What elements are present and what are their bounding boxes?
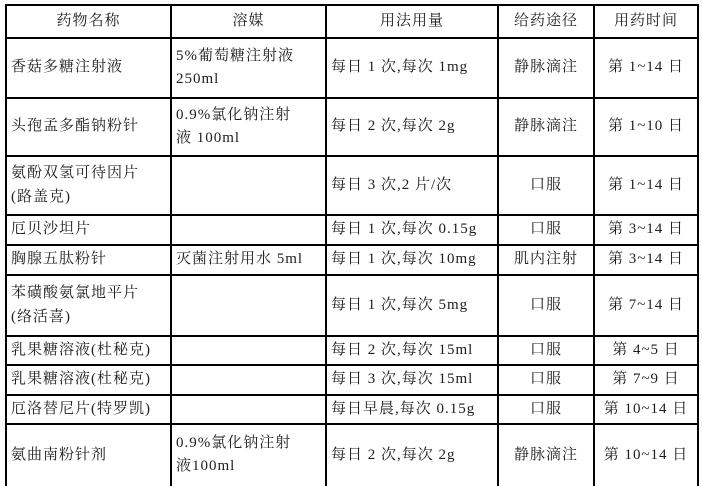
drug-name-cell: 苯磺酸氨氯地平片 (络活喜): [6, 275, 171, 336]
drug-name-cell: 胸腺五肽粉针: [6, 245, 171, 275]
column-header-route: 给药途径: [498, 5, 594, 38]
dosage-cell: 每日 1 次,每次 10mg: [326, 245, 498, 275]
route-cell: 肌内注射: [498, 245, 594, 275]
time-cell: 第 7~14 日: [594, 275, 698, 336]
column-header-dosage: 用法用量: [326, 5, 498, 38]
route-cell: 口服: [498, 275, 594, 336]
dosage-cell: 每日 3 次,每次 15ml: [326, 365, 498, 394]
solvent-cell: [171, 215, 326, 245]
drug-name-cell: 乳果糖溶液(杜秘克): [6, 365, 171, 394]
route-cell: 静脉滴注: [498, 98, 594, 156]
table-row: 香菇多糖注射液 5%葡萄糖注射液 250ml 每日 1 次,每次 1mg 静脉滴…: [6, 38, 698, 98]
dosage-cell: 每日 2 次,每次 2g: [326, 424, 498, 486]
table-row: 氨曲南粉针剂 0.9%氯化钠注射 液100ml 每日 2 次,每次 2g 静脉滴…: [6, 424, 698, 486]
solvent-cell: 0.9%氯化钠注射 液 100ml: [171, 98, 326, 156]
route-cell: 口服: [498, 156, 594, 215]
drug-name-cell: 厄洛替尼片(特罗凯): [6, 395, 171, 424]
table-row: 氨酚双氢可待因片 (路盖克) 每日 3 次,2 片/次 口服 第 1~14 日: [6, 156, 698, 215]
solvent-cell: [171, 156, 326, 215]
time-cell: 第 1~10 日: [594, 98, 698, 156]
drug-name-cell: 香菇多糖注射液: [6, 38, 171, 98]
table-row: 厄贝沙坦片 每日 1 次,每次 0.15g 口服 第 3~14 日: [6, 215, 698, 245]
time-cell: 第 4~5 日: [594, 336, 698, 365]
dosage-cell: 每日 1 次,每次 0.15g: [326, 215, 498, 245]
solvent-cell: 5%葡萄糖注射液 250ml: [171, 38, 326, 98]
time-cell: 第 10~14 日: [594, 395, 698, 424]
drug-name-cell: 厄贝沙坦片: [6, 215, 171, 245]
time-cell: 第 10~14 日: [594, 424, 698, 486]
table-row: 乳果糖溶液(杜秘克) 每日 3 次,每次 15ml 口服 第 7~9 日: [6, 365, 698, 394]
route-cell: 口服: [498, 215, 594, 245]
route-cell: 静脉滴注: [498, 424, 594, 486]
drug-name-cell: 乳果糖溶液(杜秘克): [6, 336, 171, 365]
dosage-cell: 每日 1 次,每次 1mg: [326, 38, 498, 98]
column-header-solvent: 溶媒: [171, 5, 326, 38]
route-cell: 静脉滴注: [498, 38, 594, 98]
header-row: 药物名称 溶媒 用法用量 给药途径 用药时间: [6, 5, 698, 38]
table-row: 苯磺酸氨氯地平片 (络活喜) 每日 1 次,每次 5mg 口服 第 7~14 日: [6, 275, 698, 336]
time-cell: 第 1~14 日: [594, 156, 698, 215]
dosage-cell: 每日早晨,每次 0.15g: [326, 395, 498, 424]
route-cell: 口服: [498, 395, 594, 424]
dosage-cell: 每日 2 次,每次 15ml: [326, 336, 498, 365]
dosage-cell: 每日 3 次,2 片/次: [326, 156, 498, 215]
table-row: 头孢孟多酯钠粉针 0.9%氯化钠注射 液 100ml 每日 2 次,每次 2g …: [6, 98, 698, 156]
solvent-cell: [171, 336, 326, 365]
dosage-cell: 每日 2 次,每次 2g: [326, 98, 498, 156]
route-cell: 口服: [498, 336, 594, 365]
column-header-time: 用药时间: [594, 5, 698, 38]
solvent-cell: 灭菌注射用水 5ml: [171, 245, 326, 275]
table-row: 胸腺五肽粉针 灭菌注射用水 5ml 每日 1 次,每次 10mg 肌内注射 第 …: [6, 245, 698, 275]
time-cell: 第 7~9 日: [594, 365, 698, 394]
drug-name-cell: 头孢孟多酯钠粉针: [6, 98, 171, 156]
solvent-cell: 0.9%氯化钠注射 液100ml: [171, 424, 326, 486]
drug-name-cell: 氨酚双氢可待因片 (路盖克): [6, 156, 171, 215]
solvent-cell: [171, 275, 326, 336]
route-cell: 口服: [498, 365, 594, 394]
table-row: 厄洛替尼片(特罗凯) 每日早晨,每次 0.15g 口服 第 10~14 日: [6, 395, 698, 424]
document-page: 药物名称 溶媒 用法用量 给药途径 用药时间 香菇多糖注射液 5%葡萄糖注射液 …: [0, 4, 702, 486]
time-cell: 第 1~14 日: [594, 38, 698, 98]
drug-name-cell: 氨曲南粉针剂: [6, 424, 171, 486]
dosage-cell: 每日 1 次,每次 5mg: [326, 275, 498, 336]
column-header-drug-name: 药物名称: [6, 5, 171, 38]
medication-schedule-table: 药物名称 溶媒 用法用量 给药途径 用药时间 香菇多糖注射液 5%葡萄糖注射液 …: [5, 4, 699, 486]
time-cell: 第 3~14 日: [594, 215, 698, 245]
solvent-cell: [171, 395, 326, 424]
table-row: 乳果糖溶液(杜秘克) 每日 2 次,每次 15ml 口服 第 4~5 日: [6, 336, 698, 365]
solvent-cell: [171, 365, 326, 394]
time-cell: 第 3~14 日: [594, 245, 698, 275]
